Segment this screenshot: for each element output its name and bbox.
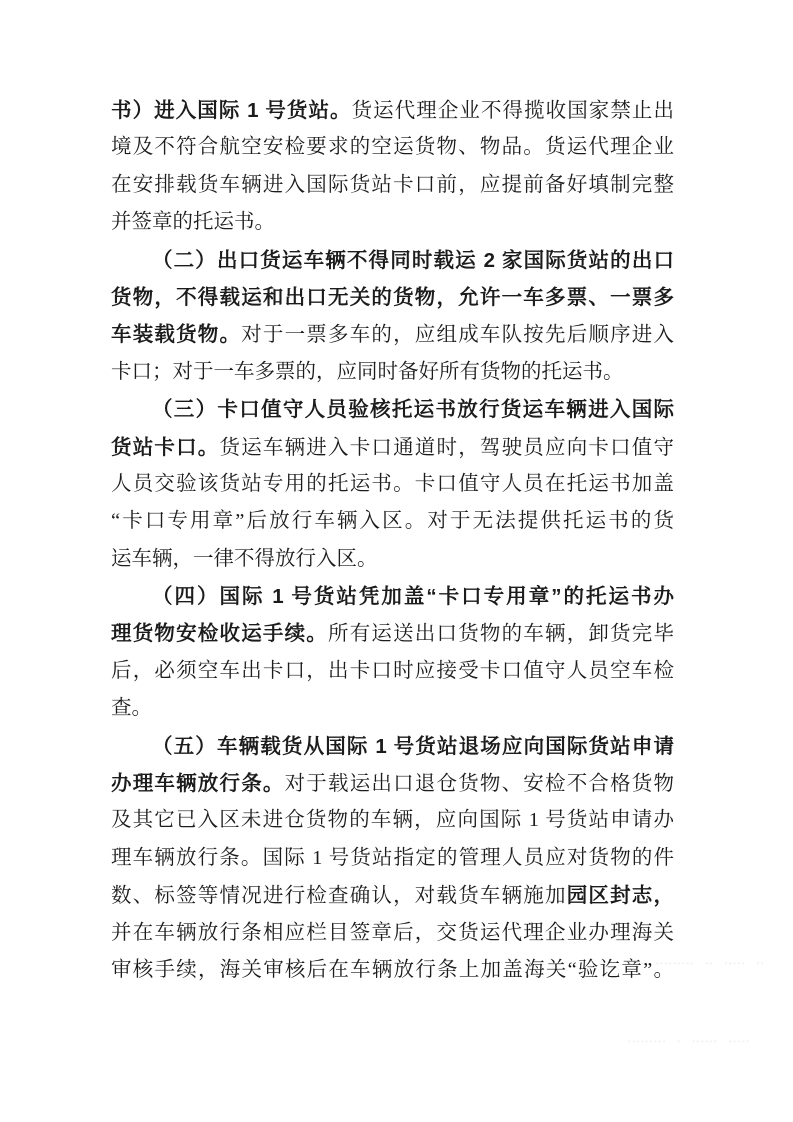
- text-segment-bold: （三）卡口值守人员验核托运书放行货运车辆进入国际: [152, 398, 674, 421]
- text-line: 书）进入国际 1 号货站。货运代理企业不得揽收国家禁止出: [111, 92, 674, 129]
- text-line: 车装载货物。对于一票多车的，应组成车队按先后顺序进入: [111, 316, 674, 353]
- text-segment: 数、标签等情况进行检查确认，对载货车辆施加: [111, 885, 567, 907]
- text-segment: 货运车辆进入卡口通道时，驾驶员应向卡口值守: [220, 437, 675, 459]
- text-segment: 运车辆，一律不得放行入区。: [111, 548, 378, 570]
- text-segment: “卡口专用章”后放行车辆入区。对于无法提供托运书的货: [111, 510, 674, 532]
- text-line: 在安排载货车辆进入国际货站卡口前，应提前备好填制完整: [111, 167, 674, 204]
- text-line: 并签章的托运书。: [111, 204, 674, 241]
- text-line: 货站卡口。货运车辆进入卡口通道时，驾驶员应向卡口值守: [111, 429, 674, 466]
- text-line: （二）出口货运车辆不得同时载运 2 家国际货站的出口: [111, 242, 674, 279]
- text-segment: 审核手续，海关审核后在车辆放行条上加盖海关“验讫章”。: [111, 959, 674, 981]
- document-page: 书）进入国际 1 号货站。货运代理企业不得揽收国家禁止出境及不符合航空安检要求的…: [0, 0, 793, 1122]
- text-segment: 卡口；对于一车多票的，应同时备好所有货物的托运书。: [111, 361, 624, 383]
- text-line: 数、标签等情况进行检查确认，对载货车辆施加园区封志，: [111, 877, 674, 914]
- text-line: 后，必须空车出卡口，出卡口时应接受卡口值守人员空车检: [111, 653, 674, 690]
- text-segment: 对于一票多车的，应组成车队按先后顺序进入: [241, 324, 674, 346]
- text-segment: 所有运送出口货物的车辆，卸货完毕: [328, 623, 674, 645]
- text-segment: 并签章的托运书。: [111, 211, 275, 233]
- text-segment-bold: 书）进入国际 1 号货站。: [111, 99, 352, 122]
- text-segment-bold: 办理车辆放行条。: [111, 772, 285, 795]
- text-segment: 查。: [111, 697, 152, 719]
- text-line: 人员交验该货站专用的托运书。卡口值守人员在托运书加盖: [111, 466, 674, 503]
- text-line: 境及不符合航空安检要求的空运货物、物品。货运代理企业: [111, 129, 674, 166]
- text-segment: 理车辆放行条。国际 1 号货站指定的管理人员应对货物的件: [111, 847, 674, 869]
- text-line: 审核手续，海关审核后在车辆放行条上加盖海关“验讫章”。: [111, 952, 674, 989]
- text-line: 运车辆，一律不得放行入区。: [111, 541, 674, 578]
- text-segment: 在安排载货车辆进入国际货站卡口前，应提前备好填制完整: [111, 174, 674, 196]
- text-segment: 及其它已入区未进仓货物的车辆，应向国际 1 号货站申请办: [111, 809, 674, 831]
- text-segment-bold: 理货物安检收运手续。: [111, 622, 328, 645]
- text-line: 办理车辆放行条。对于载运出口退仓货物、安检不合格货物: [111, 765, 674, 802]
- text-segment: 并在车辆放行条相应栏目签章后，交货运代理企业办理海关: [111, 922, 674, 944]
- text-line: “卡口专用章”后放行车辆入区。对于无法提供托运书的货: [111, 503, 674, 540]
- document-text: 书）进入国际 1 号货站。货运代理企业不得揽收国家禁止出境及不符合航空安检要求的…: [111, 92, 674, 989]
- text-segment-bold: 车装载货物。: [111, 323, 241, 346]
- text-line: 及其它已入区未进仓货物的车辆，应向国际 1 号货站申请办: [111, 802, 674, 839]
- text-segment-bold: （四）国际 1 号货站凭加盖“卡口专用章”的托运书办: [152, 585, 674, 608]
- watermark-line-2: ········· · ······ ·····: [628, 1030, 765, 1056]
- text-line: 卡口；对于一车多票的，应同时备好所有货物的托运书。: [111, 354, 674, 391]
- text-line: （四）国际 1 号货站凭加盖“卡口专用章”的托运书办: [111, 578, 674, 615]
- text-segment-bold: 货站卡口。: [111, 436, 220, 459]
- text-line: 理车辆放行条。国际 1 号货站指定的管理人员应对货物的件: [111, 840, 674, 877]
- watermark-line-1: ···· ········· ·· ····· ··: [628, 952, 765, 978]
- text-line: 理货物安检收运手续。所有运送出口货物的车辆，卸货完毕: [111, 615, 674, 652]
- text-segment-bold: （二）出口货运车辆不得同时载运 2 家国际货站的出口: [152, 249, 674, 272]
- text-line: 查。: [111, 690, 674, 727]
- text-line: 并在车辆放行条相应栏目签章后，交货运代理企业办理海关: [111, 915, 674, 952]
- text-line: 货物，不得载运和出口无关的货物，允许一车多票、一票多: [111, 279, 674, 316]
- text-segment: 货运代理企业不得揽收国家禁止出: [352, 100, 674, 122]
- text-line: （五）车辆载货从国际 1 号货站退场应向国际货站申请: [111, 728, 674, 765]
- text-line: （三）卡口值守人员验核托运书放行货运车辆进入国际: [111, 391, 674, 428]
- text-segment: 对于载运出口退仓货物、安检不合格货物: [285, 773, 674, 795]
- text-segment: 后，必须空车出卡口，出卡口时应接受卡口值守人员空车检: [111, 660, 674, 682]
- text-segment: 人员交验该货站专用的托运书。卡口值守人员在托运书加盖: [111, 473, 674, 495]
- text-segment: 境及不符合航空安检要求的空运货物、物品。货运代理企业: [111, 136, 674, 158]
- text-segment-bold: 货物，不得载运和出口无关的货物，允许一车多票、一票多: [111, 286, 674, 309]
- watermark: ···· ········· ·· ····· ·· ········· · ·…: [628, 900, 765, 1108]
- text-segment-bold: （五）车辆载货从国际 1 号货站退场应向国际货站申请: [152, 735, 674, 758]
